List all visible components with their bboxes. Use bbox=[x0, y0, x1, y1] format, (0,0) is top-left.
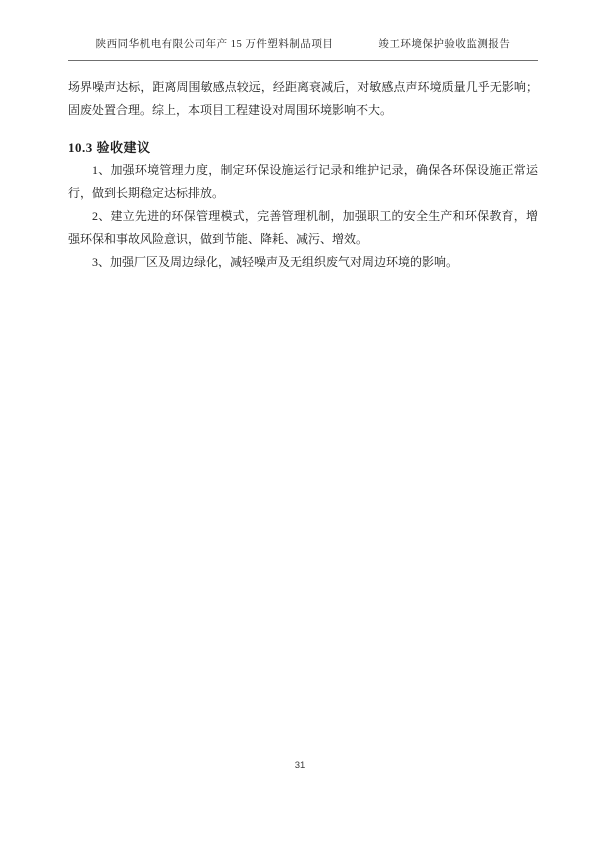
document-content: 场界噪声达标，距离周围敏感点较远，经距离衰减后，对敏感点声环境质量几乎无影响；固… bbox=[68, 76, 538, 274]
recommendation-item-2: 2、建立先进的环保管理模式，完善管理机制，加强职工的安全生产和环保教育，增强环保… bbox=[68, 205, 538, 251]
page-number: 31 bbox=[295, 760, 306, 771]
header-project-title: 陕西同华机电有限公司年产 15 万件塑料制品项目 bbox=[96, 36, 334, 51]
section-heading: 10.3 验收建议 bbox=[68, 136, 538, 159]
recommendation-item-3: 3、加强厂区及周边绿化，减轻噪声及无组织废气对周边环境的影响。 bbox=[68, 251, 538, 274]
intro-paragraph: 场界噪声达标，距离周围敏感点较远，经距离衰减后，对敏感点声环境质量几乎无影响；固… bbox=[68, 76, 538, 122]
page-header: 陕西同华机电有限公司年产 15 万件塑料制品项目 竣工环境保护验收监测报告 bbox=[68, 36, 538, 61]
header-report-title: 竣工环境保护验收监测报告 bbox=[378, 36, 510, 51]
page-footer: 31 bbox=[0, 760, 600, 771]
document-page: 陕西同华机电有限公司年产 15 万件塑料制品项目 竣工环境保护验收监测报告 场界… bbox=[0, 0, 600, 848]
recommendation-item-1: 1、加强环境管理力度，制定环保设施运行记录和维护记录，确保各环保设施正常运行，做… bbox=[68, 159, 538, 205]
